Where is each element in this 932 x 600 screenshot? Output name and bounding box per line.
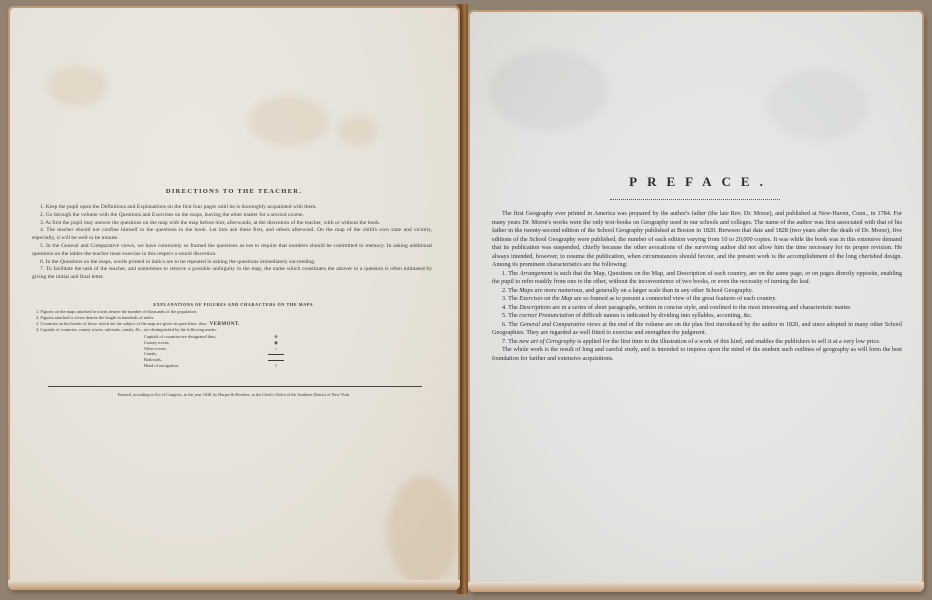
ornamental-rule [610,199,780,200]
page-edge [468,582,924,592]
preface-paragraph: The first Geography ever printed in Amer… [492,210,902,270]
book-spread: DIRECTIONS TO THE TEACHER. 1. Keep the p… [0,0,932,600]
directions-list: 1. Keep the pupil upon the Definitions a… [32,204,432,282]
water-stain [388,476,458,586]
navigation-head-icon: † [268,363,284,369]
preface-title: PREFACE. [468,174,924,190]
direction-item: 5. In the General and Comparative views,… [32,243,432,259]
mark-label: Head of navigation, [144,363,179,369]
explanation-text: 3. Countries on the border of those whic… [36,321,208,326]
foxing-stain [338,116,378,146]
divider-rule [48,386,422,387]
preface-item: 6. The General and Comparative views at … [492,321,902,338]
foxing-stain [488,50,608,130]
foxing-stain [48,66,108,106]
preface-item: 2. The Maps are more numerous, and gener… [492,287,902,296]
directions-title: DIRECTIONS TO THE TEACHER. [8,188,460,195]
preface-item: 7. The new art of Cerography is applied … [492,338,902,347]
right-page: PREFACE. The first Geography ever printe… [468,10,924,592]
map-marks-legend: Capitals of countries are designated thu… [144,334,284,369]
left-page: DIRECTIONS TO THE TEACHER. 1. Keep the p… [8,6,460,590]
preface-item: 5. The correct Pronunciation of difficul… [492,312,902,321]
direction-item: 2. Go through the volume with the Questi… [32,212,432,220]
foxing-stain [248,96,328,146]
preface-item: 3. The Exercises on the Map are so frame… [492,295,902,304]
direction-item: 1. Keep the pupil upon the Definitions a… [32,204,432,212]
page-edge [8,580,460,590]
preface-body: The first Geography ever printed in Amer… [492,210,902,363]
explanations-title: EXPLANATIONS OF FIGURES AND CHARACTERS O… [8,302,460,307]
explanations-list: 1. Figures on the maps attached to towns… [36,309,426,333]
copyright-notice: Entered, according to Act of Congress, i… [8,392,460,397]
preface-item: 1. The Arrangement is such that the Map,… [492,270,902,287]
direction-item: 7. To facilitate the task of the teacher… [32,266,432,282]
explanation-item: 3. Countries on the border of those whic… [36,321,426,328]
explanation-item: 4. Capitals of countries, county towns, … [36,327,426,333]
preface-closing: The whole work is the result of long and… [492,346,902,363]
direction-item: 4. The teacher should not confine himsel… [32,227,432,243]
foxing-stain [768,70,868,140]
preface-item: 4. The Descriptions are in a series of s… [492,304,902,313]
mark-row: Head of navigation, † [144,363,284,369]
open-letter-example: VERMONT. [210,322,240,327]
